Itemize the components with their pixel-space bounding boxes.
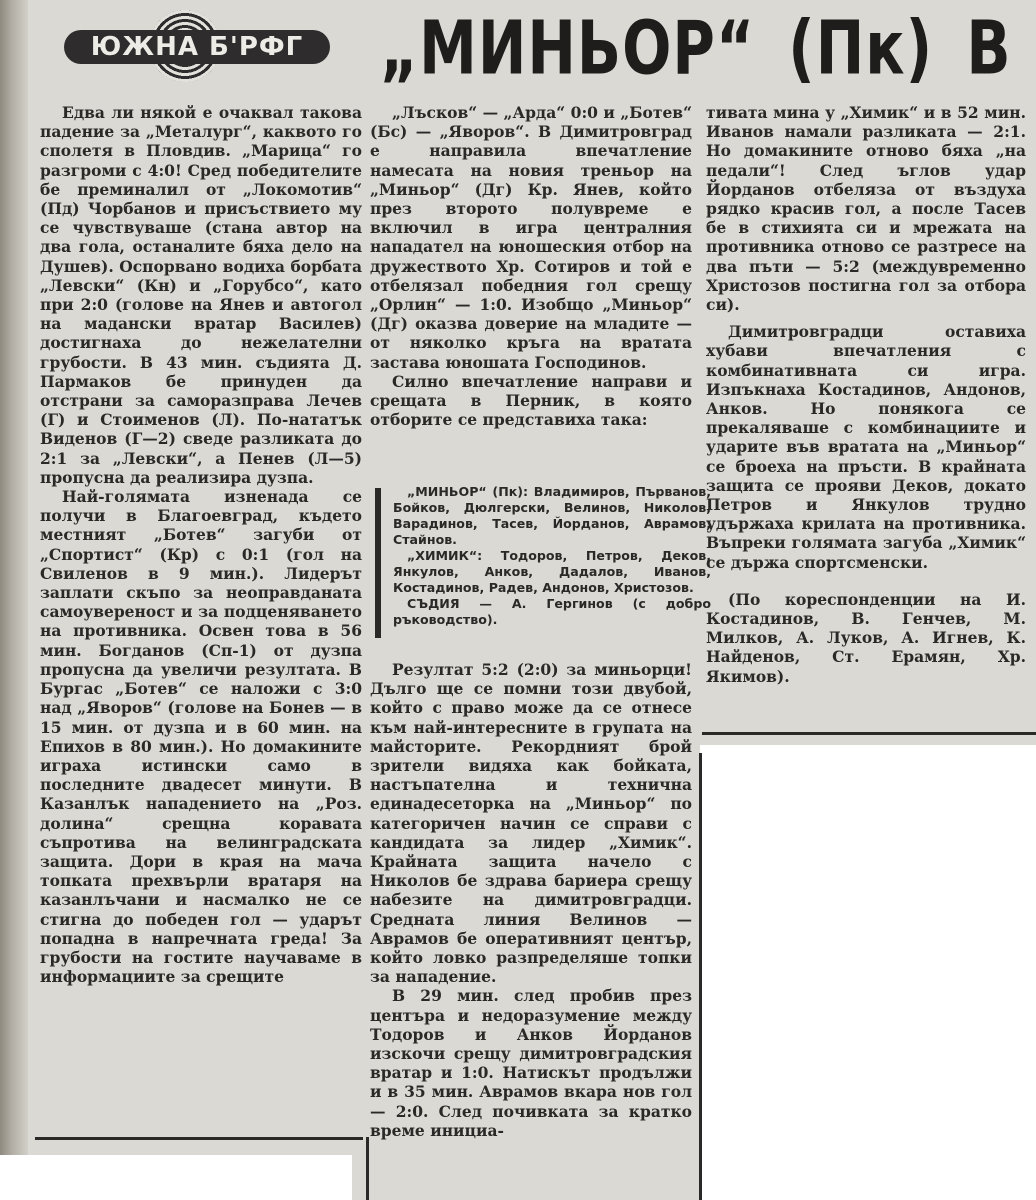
paragraph: Резултат 5:2 (2:0) за миньорци! Дълго ще… [370, 660, 692, 986]
article-end-rule [702, 732, 1036, 735]
lineup-miner: „МИНЬОР“ (Пк): Владимиров, Първанов, Бой… [393, 484, 711, 548]
blank-area [0, 1155, 352, 1200]
article-headline: „МИНЬОР“ (Пк) В ПОБЕДЕН ХОД [380, 0, 1020, 104]
section-logo-text: ЮЖНА Б'РФГ [64, 30, 330, 64]
article-column-1: Едва ли някой е очаквал такова падение з… [40, 103, 362, 986]
article-column-2-bottom: Резултат 5:2 (2:0) за миньорци! Дълго ще… [370, 660, 692, 1140]
paragraph: В 29 мин. след пробив през центъра и нед… [370, 986, 692, 1140]
paragraph: „Лъсков“ — „Арда“ 0:0 и „Ботев“ (Бс) — „… [370, 103, 692, 372]
vertical-rule [699, 753, 702, 1200]
paragraph: Най-голямата изненада се получи в Благое… [40, 487, 362, 986]
column-end-rule [35, 1137, 363, 1140]
paragraph: тивата мина у „Химик“ и в 52 мин. Иванов… [706, 103, 1026, 314]
article-column-2-top: „Лъсков“ — „Арда“ 0:0 и „Ботев“ (Бс) — „… [370, 103, 692, 429]
blank-area [700, 745, 1036, 1200]
correspondents-credit: (По кореспонденции на И. Костадинов, В. … [706, 590, 1026, 686]
vertical-rule [366, 1137, 369, 1200]
lineup-himik: „ХИМИК“: Тодоров, Петров, Деков, Янкулов… [393, 548, 711, 596]
section-logo: ЮЖНА Б'РФГ [64, 10, 330, 82]
referee-line: СЪДИЯ — А. Гергинов (с добро ръководство… [393, 596, 711, 628]
paragraph: Димитровградци оставиха хубави впечатлен… [706, 322, 1026, 572]
paragraph: Силно впечатление направи и срещата в Пе… [370, 372, 692, 430]
article-column-3: тивата мина у „Химик“ и в 52 мин. Иванов… [706, 103, 1026, 686]
team-lineups-box: „МИНЬОР“ (Пк): Владимиров, Първанов, Бой… [375, 484, 711, 628]
page-spine-shadow [0, 0, 28, 1200]
paragraph: Едва ли някой е очаквал такова падение з… [40, 103, 362, 487]
